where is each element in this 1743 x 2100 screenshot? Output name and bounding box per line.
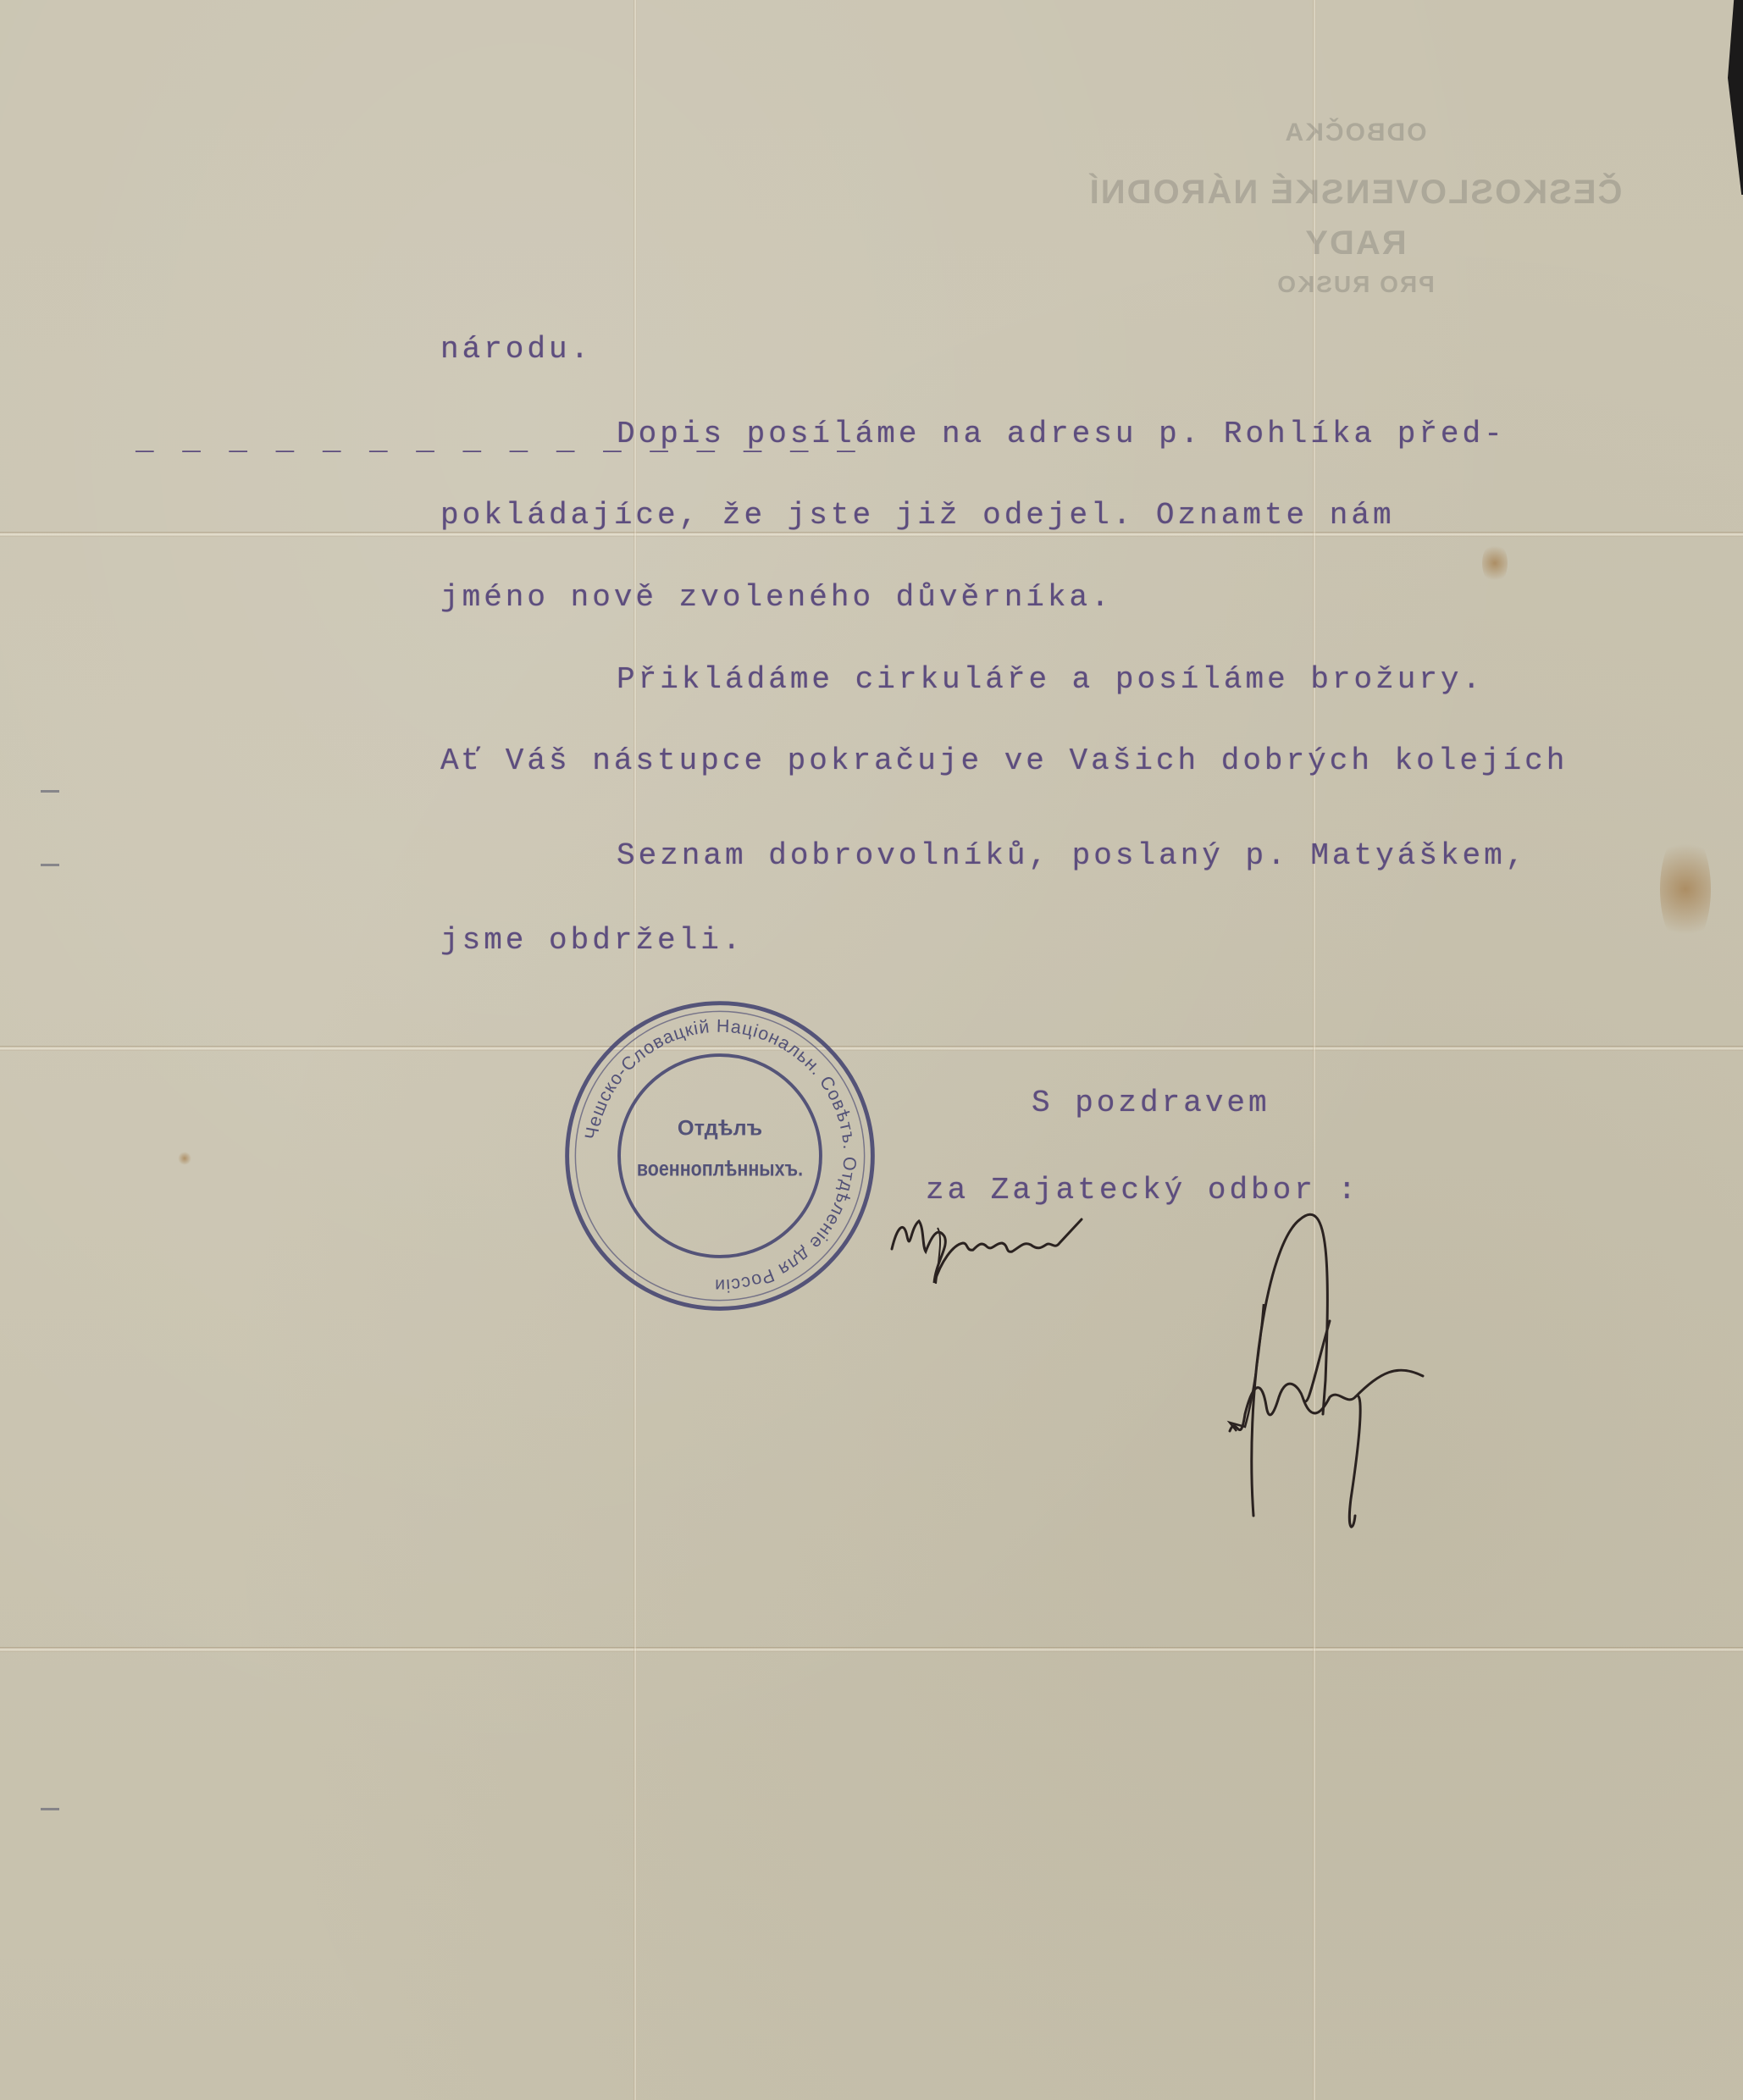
letterhead-showthrough: ODBOČKA [1101,119,1609,147]
handwritten-signature-right [1220,1143,1541,1550]
signature-icon [1220,1143,1541,1550]
letterhead-showthrough: RADY [1169,224,1541,262]
stamp-seal-icon: Чешско-Словацкій Національн. Совѣтъ. Отд… [555,991,885,1321]
stain [1660,830,1711,948]
body-line-1: národu. [440,332,592,367]
fold-line-horizontal [0,1647,1743,1652]
fold-line-vertical [1313,0,1316,2100]
signature-icon [885,1202,1105,1296]
stain [178,1152,191,1165]
stain [1482,542,1508,584]
body-line-7: Seznam dobrovolníků, poslaný p. Matyáške… [617,838,1527,873]
body-line-8: jsme obdrželi. [440,923,744,958]
margin-mark [41,1808,59,1810]
svg-text:Отдѣлъ: Отдѣлъ [678,1117,762,1141]
handwritten-signature-left [885,1202,1105,1296]
body-line-6: Ať Váš nástupce pokračuje ve Vašich dobr… [440,743,1568,778]
official-stamp: Чешско-Словацкій Національн. Совѣтъ. Отд… [555,991,885,1321]
paper-sheet: ODBOČKA ČESKOSLOVENSKÉ NÁRODNÍ RADY PRO … [0,0,1743,2100]
body-line-4: jméno nově zvoleného důvěrníka. [440,580,1113,615]
body-line-3: pokládajíce, že jste již odejel. Oznamte… [440,498,1395,533]
closing-text: S pozdravem [1032,1086,1270,1120]
svg-text:Чешско-Словацкій Національн. С: Чешско-Словацкій Національн. Совѣтъ. Отд… [581,1016,860,1296]
letterhead-showthrough: ČESKOSLOVENSKÉ NÁRODNÍ [1033,174,1677,212]
svg-text:военноплѣнныхъ.: военноплѣнныхъ. [637,1157,803,1180]
body-line-2: Dopis posíláme na adresu p. Rohlíka před… [617,417,1506,451]
margin-mark [41,864,59,866]
body-line-5: Přikládáme cirkuláře a posíláme brožury. [617,662,1484,697]
letterhead-showthrough: PRO RUSKO [1135,271,1575,298]
torn-corner [1728,0,1743,195]
margin-mark [41,790,59,793]
